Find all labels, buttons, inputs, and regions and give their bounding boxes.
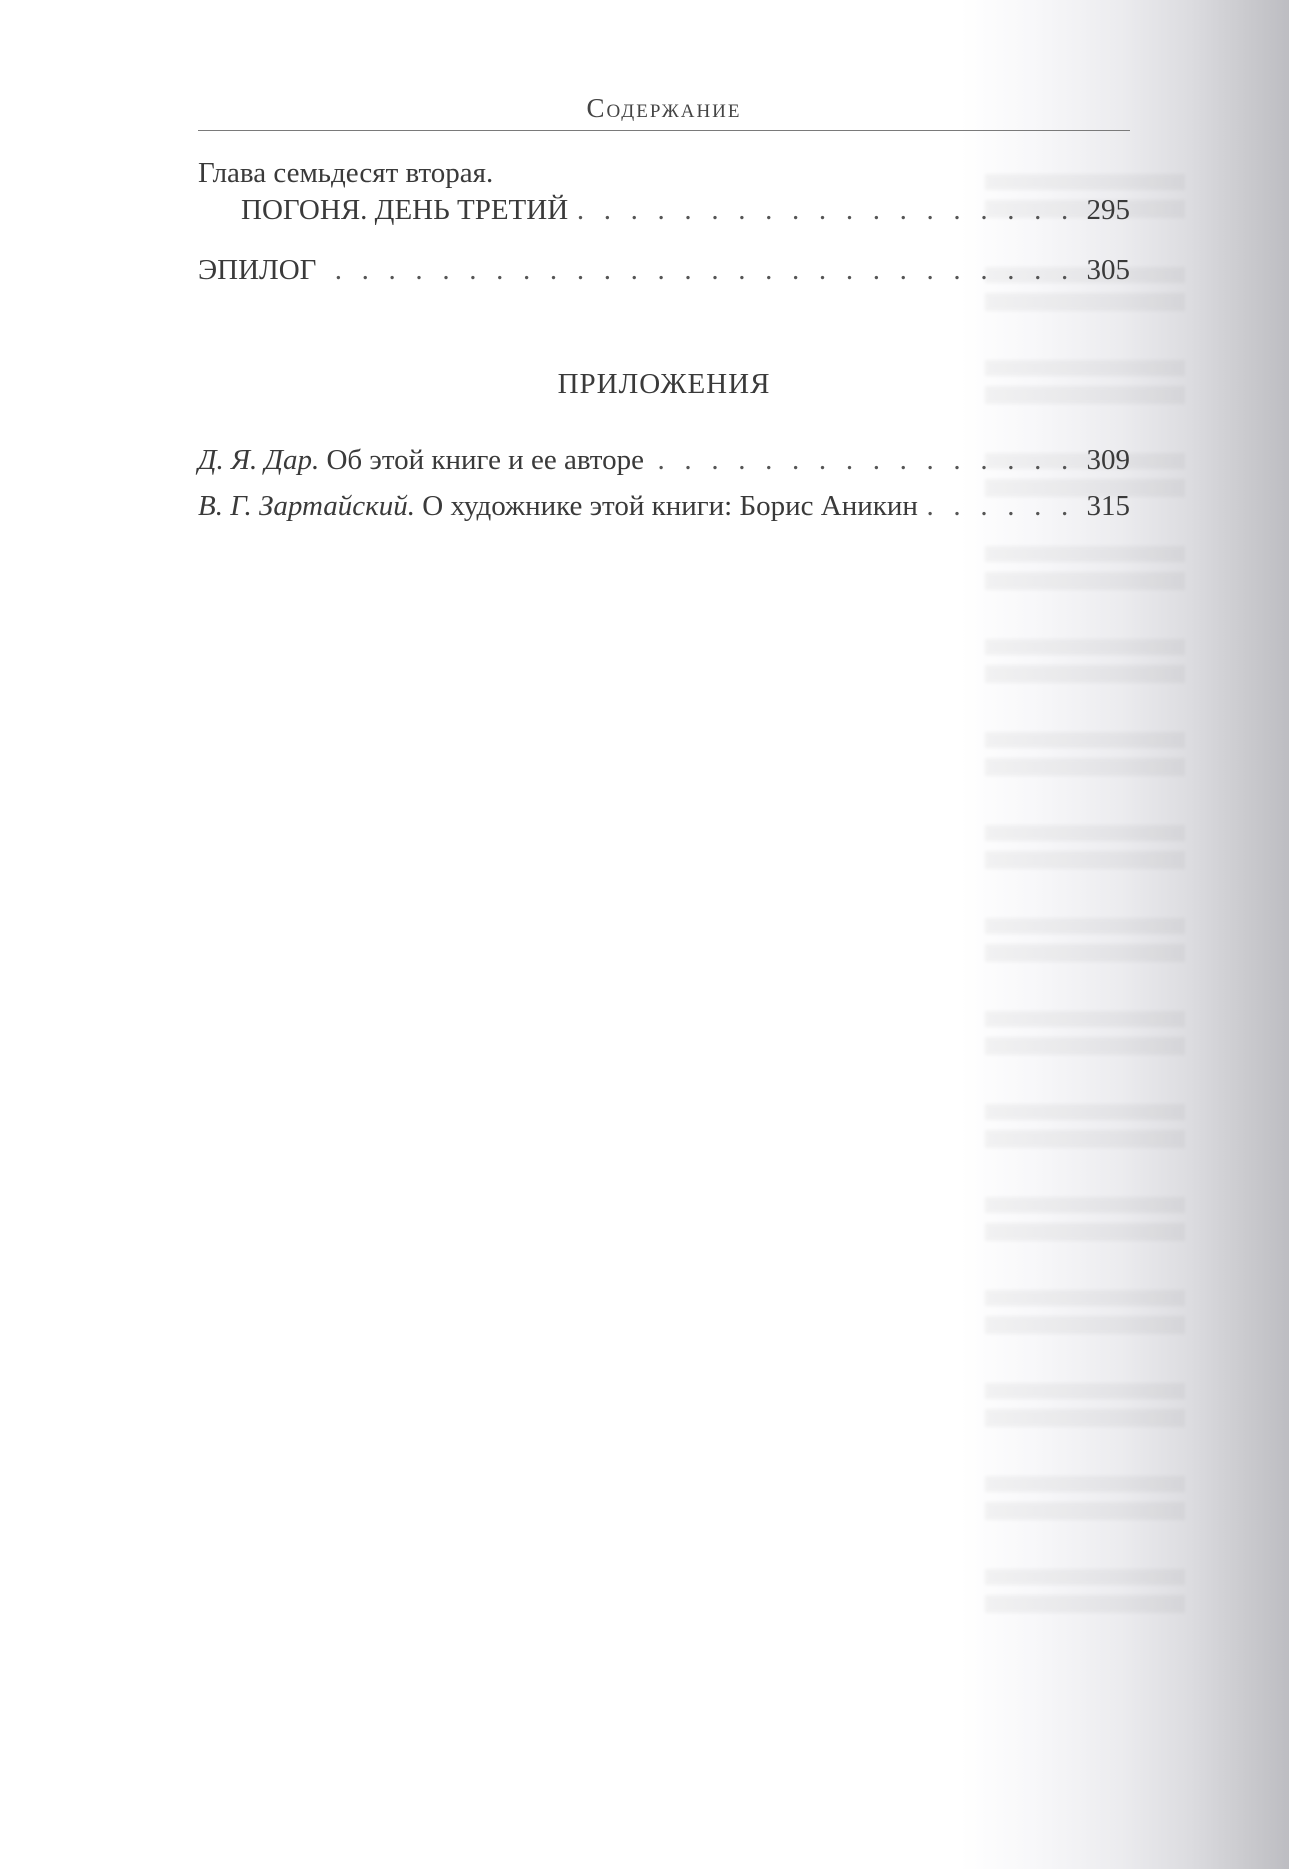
- toc-page-number: 309: [1087, 443, 1131, 477]
- appendix-heading: ПРИЛОЖЕНИЯ: [198, 368, 1130, 401]
- book-page: Содержание Глава семьдесят вторая. ПОГОН…: [0, 0, 1289, 1869]
- toc-entry-author: Д. Я. Дар.: [198, 444, 319, 476]
- toc-entry-title: В. Г. Зартайский. О художнике этой книги…: [198, 489, 918, 523]
- toc-entry-title: ПОГОНЯ. ДЕНЬ ТРЕТИЙ: [241, 193, 568, 227]
- dot-leader: . . . . . . . . . . . . . . . . . . . . …: [324, 253, 1074, 287]
- running-head: Содержание: [198, 93, 1130, 124]
- dot-leader: . . . . . . . . . . . . . . . . . . . . …: [926, 489, 1075, 523]
- dot-leader: . . . . . . . . . . . . . . . . . . . . …: [576, 193, 1074, 227]
- header-rule: [198, 130, 1130, 131]
- toc-entry-title: Д. Я. Дар. Об этой книге и ее авторе: [198, 443, 644, 477]
- toc-entry-work: О художнике этой книги: Борис Аникин: [422, 490, 918, 522]
- toc-page-number: 315: [1087, 489, 1131, 523]
- toc-entry-appendix-1[interactable]: Д. Я. Дар. Об этой книге и ее авторе . .…: [198, 443, 1130, 477]
- dot-leader: . . . . . . . . . . . . . . . . . . . . …: [652, 443, 1075, 477]
- toc-entry-chapter-72[interactable]: ПОГОНЯ. ДЕНЬ ТРЕТИЙ . . . . . . . . . . …: [198, 193, 1130, 227]
- toc-page-number: 305: [1087, 253, 1131, 287]
- toc-entry-appendix-2[interactable]: В. Г. Зартайский. О художнике этой книги…: [198, 489, 1130, 523]
- toc-entry-epilogue[interactable]: ЭПИЛОГ . . . . . . . . . . . . . . . . .…: [198, 253, 1130, 287]
- toc-entry-author: В. Г. Зартайский.: [198, 490, 415, 522]
- toc-entry-work: Об этой книге и ее авторе: [326, 444, 644, 476]
- toc-chapter-label: Глава семьдесят вторая.: [198, 156, 493, 190]
- toc-page-number: 295: [1087, 193, 1131, 227]
- toc-entry-title: ЭПИЛОГ: [198, 253, 316, 287]
